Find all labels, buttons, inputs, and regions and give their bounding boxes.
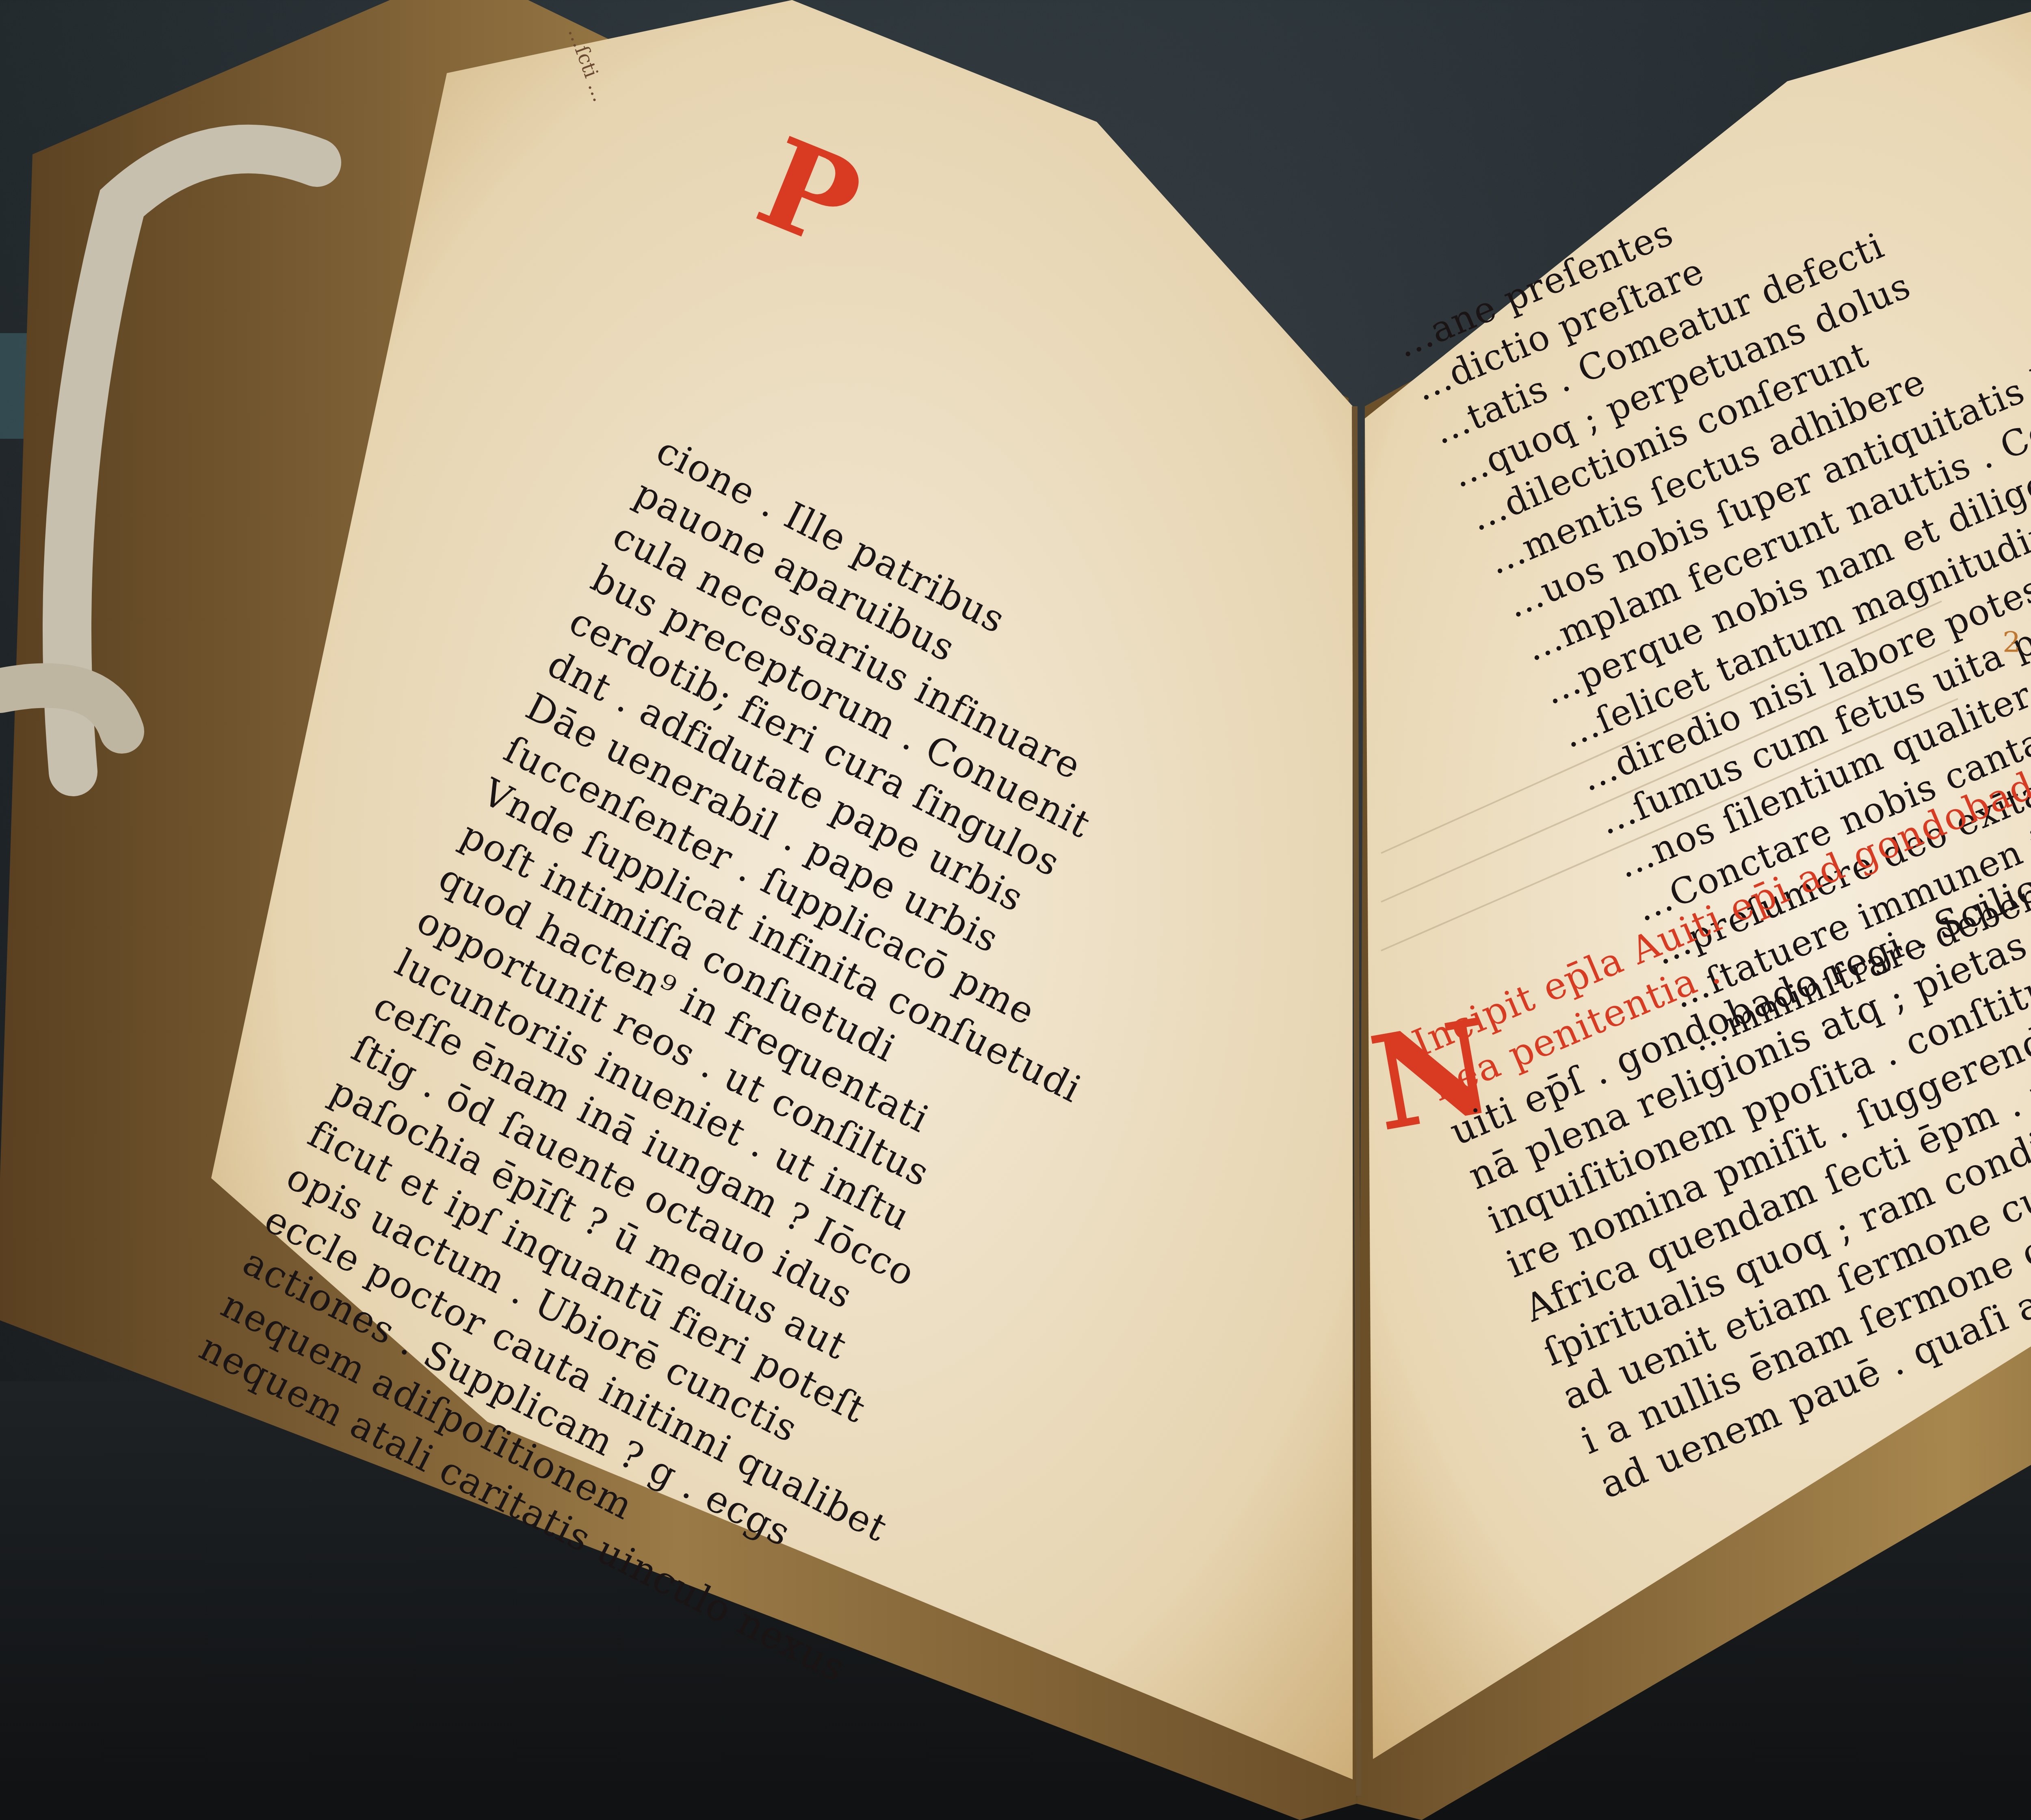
manuscript-book: …ſcti … P N cione . Ille patribus pauone… bbox=[0, 0, 2031, 1820]
folio-mark: 2 bbox=[2003, 626, 2021, 659]
book-gutter bbox=[1355, 406, 1359, 1796]
